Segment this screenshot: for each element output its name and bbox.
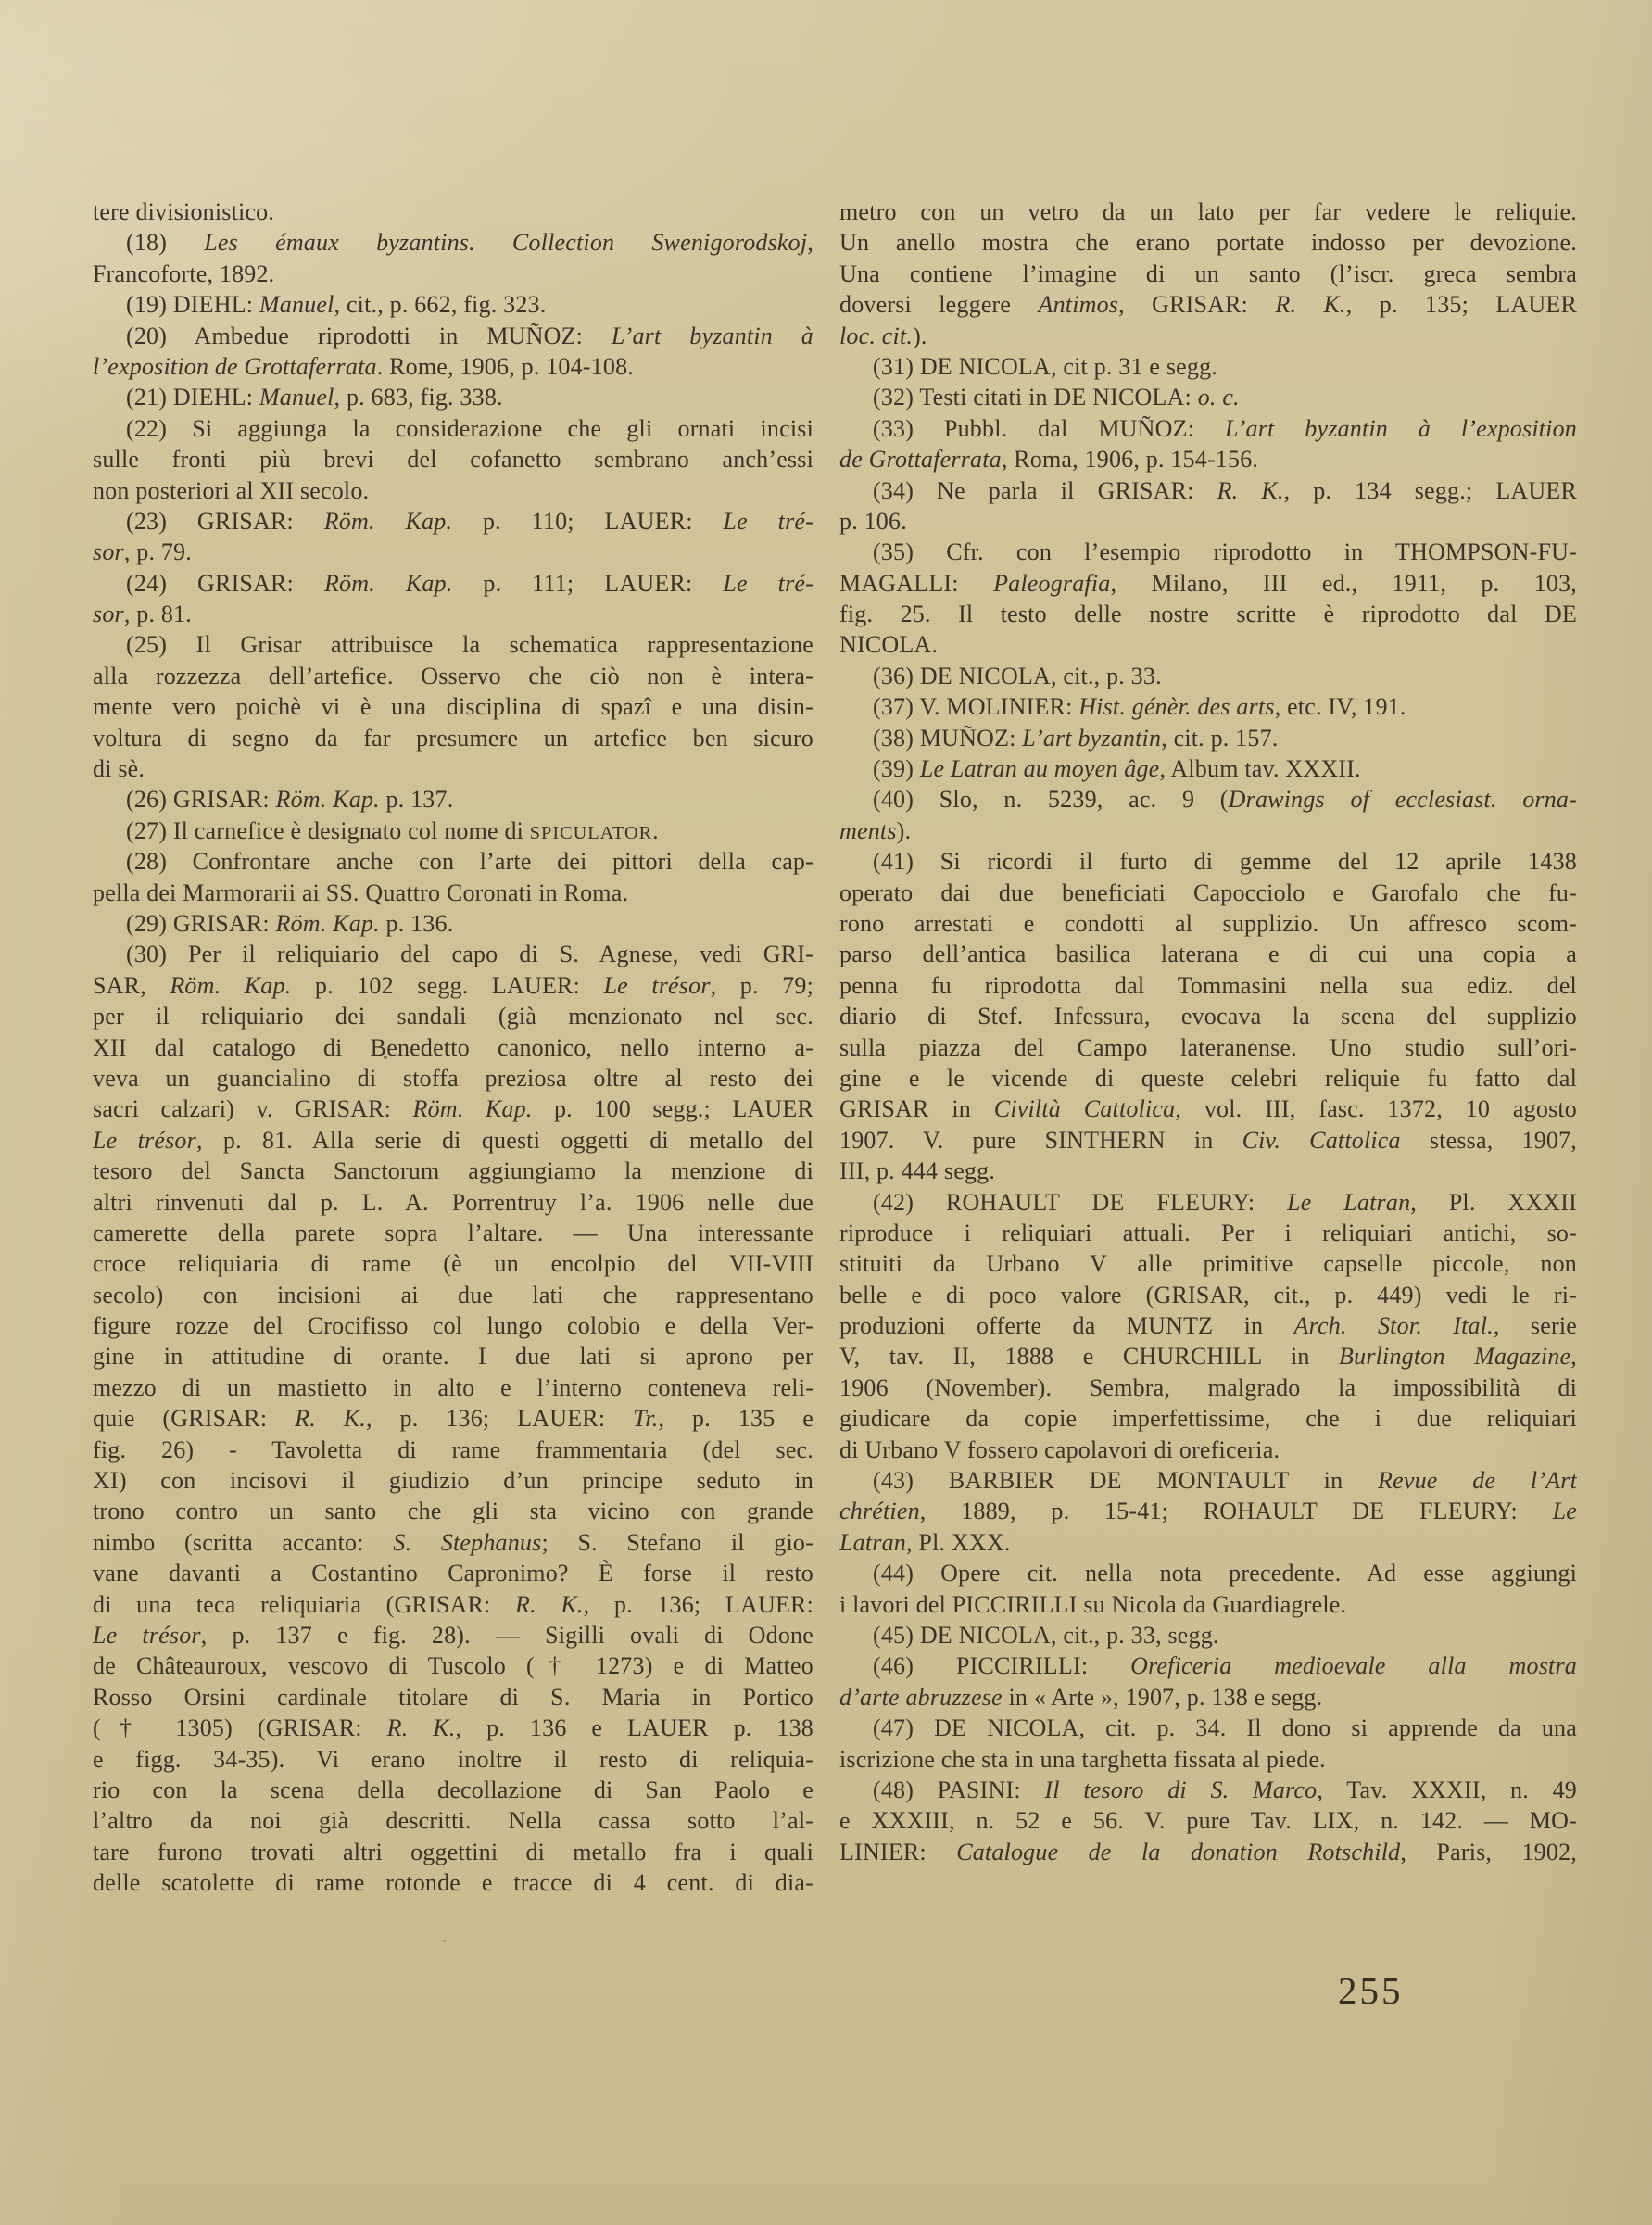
body-text: (19) DIEHL:	[126, 291, 259, 318]
body-text: p. 102 segg. LAUER:	[291, 972, 603, 999]
left-text-column: tere divisionistico.(18) Les émaux byzan…	[93, 196, 813, 1898]
italic-text: Röm. Kap.	[276, 910, 380, 937]
text-line: nimbo (scritta accanto: S. Stephanus; S.…	[93, 1527, 813, 1558]
text-line: tere divisionistico.	[93, 196, 813, 227]
italic-text: Le trésor	[93, 1622, 201, 1649]
italic-text: L’art byzantin à	[612, 322, 813, 349]
italic-text: R. K.	[515, 1591, 584, 1618]
text-line: (26) GRISAR: Röm. Kap. p. 137.	[93, 784, 813, 815]
body-text: in « Arte », 1907, p. 138 e segg.	[1003, 1684, 1323, 1711]
italic-text: Le	[1553, 1498, 1577, 1524]
body-text: veva un guancialino di stoffa preziosa o…	[93, 1065, 813, 1092]
text-line: sacri calzari) v. GRISAR: Röm. Kap. p. 1…	[93, 1094, 813, 1124]
text-line: e XXXIII, n. 52 e 56. V. pure Tav. LIX, …	[839, 1805, 1577, 1836]
body-text: (18)	[126, 229, 204, 256]
body-text: , Roma, 1906, p. 154-156.	[1002, 446, 1258, 473]
text-line: Un anello mostra che erano portate indos…	[839, 227, 1577, 258]
body-text: per il reliquiario dei sandali (già menz…	[93, 1003, 813, 1030]
body-text: p. 137.	[380, 786, 454, 813]
text-line: (32) Testi citati in DE NICOLA: o. c.	[839, 382, 1577, 412]
text-line: (48) PASINI: Il tesoro di S. Marco, Tav.…	[839, 1775, 1577, 1805]
body-text: , etc. IV, 191.	[1275, 693, 1406, 720]
body-text: stessa, 1907,	[1401, 1127, 1577, 1154]
body-text: trono contro un santo che gli sta vicino…	[93, 1498, 813, 1524]
text-line: vane davanti a Costantino Capronimo? È f…	[93, 1558, 813, 1588]
italic-text: Latran	[839, 1529, 906, 1556]
body-text: (40) Slo, n. 5239, ac. 9 (	[873, 786, 1229, 813]
text-line: altri rinvenuti dal p. L. A. Porrentruy …	[93, 1187, 813, 1218]
body-text: (41) Si ricordi il furto di gemme del 12…	[873, 848, 1577, 875]
text-line: sor, p. 81.	[93, 599, 813, 629]
body-text: di sè.	[93, 755, 145, 782]
italic-text: Röm. Kap.	[170, 972, 291, 999]
text-line: mente vero poichè vi è una disciplina di…	[93, 691, 813, 722]
body-text: (39)	[873, 755, 920, 782]
text-line: quie (GRISAR: R. K., p. 136; LAUER: Tr.,…	[93, 1403, 813, 1434]
text-line: (46) PICCIRILLI: Oreficeria medioevale a…	[839, 1650, 1577, 1681]
text-line: (24) GRISAR: Röm. Kap. p. 111; LAUER: Le…	[93, 568, 813, 599]
italic-text: Il tesoro di S. Marco	[1044, 1776, 1317, 1803]
text-line: sulla piazza del Campo lateranense. Uno …	[839, 1032, 1577, 1063]
text-line: belle e di poco valore (GRISAR, cit., p.…	[839, 1280, 1577, 1310]
text-line: NICOLA.	[839, 629, 1577, 660]
body-text: penna fu riprodotta dal Tommasini nella …	[839, 972, 1577, 999]
body-text: MAGALLI:	[839, 570, 993, 597]
body-text: iscrizione che sta in una targhetta fiss…	[839, 1746, 1326, 1773]
italic-text: Civ. Cattolica	[1242, 1127, 1401, 1154]
body-text: Rosso Orsini cardinale titolare di S. Ma…	[93, 1684, 813, 1711]
italic-text: R. K.	[295, 1405, 366, 1432]
body-text: (29) GRISAR:	[126, 910, 276, 937]
body-text: XII dal catalogo di Benedetto canonico, …	[93, 1034, 813, 1061]
body-text: 1907. V. pure SINTHERN in	[839, 1127, 1242, 1154]
body-text: (34) Ne parla il GRISAR:	[873, 477, 1217, 504]
text-line: voltura di segno da far presumere un art…	[93, 723, 813, 753]
italic-text: Manuel	[259, 291, 334, 318]
text-line: (44) Opere cit. nella nota precedente. A…	[839, 1558, 1577, 1588]
body-text: , 1889, p. 15-41; ROHAULT DE FLEURY:	[920, 1498, 1553, 1524]
text-line: giudicare da copie imperfettissime, che …	[839, 1403, 1577, 1434]
body-text: , p. 683, fig. 338.	[334, 384, 503, 411]
text-line: (22) Si aggiunga la considerazione che g…	[93, 413, 813, 444]
body-text: (32) Testi citati in DE NICOLA:	[873, 384, 1198, 411]
text-line: tare furono trovati altri oggettini di m…	[93, 1837, 813, 1867]
text-line: (27) Il carnefice è designato col nome d…	[93, 815, 813, 846]
italic-text: Civiltà Cattolica	[994, 1095, 1176, 1122]
body-text: pella dei Marmorarii ai SS. Quattro Coro…	[93, 879, 628, 906]
smallcaps-text: SPICULATOR	[530, 823, 652, 843]
body-text: (22) Si aggiunga la considerazione che g…	[126, 415, 813, 442]
book-page: tere divisionistico.(18) Les émaux byzan…	[0, 0, 1652, 2225]
italic-text: Röm. Kap.	[276, 786, 380, 813]
body-text: .	[652, 817, 659, 844]
text-line: riproduce i reliquiari attuali. Per i re…	[839, 1218, 1577, 1248]
text-line: 1907. V. pure SINTHERN in Civ. Cattolica…	[839, 1125, 1577, 1156]
body-text: , p. 79.	[124, 538, 192, 565]
body-text: III, p. 444 segg.	[839, 1157, 995, 1184]
text-line: (20) Ambedue riprodotti in MUÑOZ: L’art …	[93, 321, 813, 351]
text-line: metro con un vetro da un lato per far ve…	[839, 196, 1577, 227]
body-text: fig. 25. Il testo delle nostre scritte è…	[839, 600, 1577, 627]
text-line: delle scatolette di rame rotonde e tracc…	[93, 1867, 813, 1898]
italic-text: Paleografia	[993, 570, 1110, 597]
text-line: l’altro da noi già descritti. Nella cass…	[93, 1805, 813, 1836]
body-text: tesoro del Sancta Sanctorum aggiungiamo …	[93, 1157, 813, 1184]
italic-text: Röm. Kap.	[413, 1095, 533, 1122]
body-text: camerette della parete sopra l’altare. —…	[93, 1220, 813, 1246]
text-line: trono contro un santo che gli sta vicino…	[93, 1496, 813, 1526]
body-text: († 1305) (GRISAR:	[93, 1714, 387, 1741]
text-line: (29) GRISAR: Röm. Kap. p. 136.	[93, 908, 813, 939]
text-line: per il reliquiario dei sandali (già menz…	[93, 1001, 813, 1031]
body-text: , Album tav. XXXII.	[1159, 755, 1360, 782]
text-line: XI) con incisovi il giudizio d’un princi…	[93, 1465, 813, 1496]
body-text: (43) BARBIER DE MONTAULT in	[873, 1467, 1378, 1494]
text-line: de Grottaferrata, Roma, 1906, p. 154-156…	[839, 444, 1577, 474]
text-line: (40) Slo, n. 5239, ac. 9 (Drawings of ec…	[839, 784, 1577, 815]
body-text: (26) GRISAR:	[126, 786, 276, 813]
text-line: (38) MUÑOZ: L’art byzantin, cit. p. 157.	[839, 723, 1577, 753]
body-text: , p. 136; LAUER:	[366, 1405, 633, 1432]
body-text: (44) Opere cit. nella nota precedente. A…	[873, 1560, 1577, 1587]
body-text: p. 110; LAUER:	[452, 508, 723, 535]
body-text: , Pl. XXXII	[1410, 1189, 1577, 1216]
italic-text: Le trésor	[603, 972, 710, 999]
body-text: belle e di poco valore (GRISAR, cit., p.…	[839, 1282, 1577, 1308]
body-text: XI) con incisovi il giudizio d’un princi…	[93, 1467, 813, 1494]
text-line: rono arrestati e condotti al supplizio. …	[839, 908, 1577, 939]
body-text: sulle fronti più brevi del cofanetto sem…	[93, 446, 813, 473]
text-line: loc. cit.).	[839, 321, 1577, 351]
body-text: , vol. III, fasc. 1372, 10 agosto	[1175, 1095, 1577, 1122]
body-text: mezzo di un mastietto in alto e l’intern…	[93, 1374, 813, 1401]
italic-text: S. Stephanus	[393, 1529, 541, 1556]
body-text: SAR,	[93, 972, 170, 999]
italic-text: Le Latran au moyen âge	[920, 755, 1160, 782]
text-line: (19) DIEHL: Manuel, cit., p. 662, fig. 3…	[93, 289, 813, 320]
body-text: (48) PASINI:	[873, 1776, 1044, 1803]
italic-text: l’exposition de Grottaferrata	[93, 353, 377, 380]
body-text: , Pl. XXX.	[906, 1529, 1011, 1556]
text-line: (21) DIEHL: Manuel, p. 683, fig. 338.	[93, 382, 813, 412]
italic-text: Revue de l’Art	[1378, 1467, 1577, 1494]
body-text: , p. 135; LAUER	[1346, 291, 1577, 318]
body-text: rono arrestati e condotti al supplizio. …	[839, 910, 1577, 937]
body-text: delle scatolette di rame rotonde e tracc…	[93, 1869, 813, 1896]
body-text: alla rozzezza dell’artefice. Osservo che…	[93, 663, 813, 689]
text-line: doversi leggere Antimos, GRISAR: R. K., …	[839, 289, 1577, 320]
body-text: diario di Stef. Infessura, evocava la sc…	[839, 1003, 1577, 1030]
text-line: Le trésor, p. 81. Alla serie di questi o…	[93, 1125, 813, 1156]
text-line: non posteriori al XII secolo.	[93, 475, 813, 506]
body-text: i lavori del PICCIRILLI su Nicola da Gua…	[839, 1591, 1346, 1618]
body-text: croce reliquiaria di rame (è un encolpio…	[93, 1250, 813, 1277]
body-text: parso dell’antica basilica laterana e di…	[839, 941, 1577, 967]
body-text: , Tav. XXXII, n. 49	[1317, 1776, 1577, 1803]
body-text: produzioni offerte da MUNTZ in	[839, 1312, 1294, 1339]
text-line: (25) Il Grisar attribuisce la schematica…	[93, 629, 813, 660]
body-text: Una contiene l’imagine di un santo (l’is…	[839, 260, 1577, 287]
body-text: NICOLA.	[839, 631, 938, 658]
body-text: (27) Il carnefice è designato col nome d…	[126, 817, 530, 844]
body-text: , p. 134 segg.; LAUER	[1284, 477, 1577, 504]
body-text: , GRISAR:	[1118, 291, 1275, 318]
body-text: vane davanti a Costantino Capronimo? È f…	[93, 1560, 813, 1587]
page-number: 255	[1338, 1968, 1404, 2013]
text-line: figure rozze del Crocifisso col lungo co…	[93, 1310, 813, 1341]
body-text: , p. 135 e	[659, 1405, 814, 1432]
text-line: (30) Per il reliquiario del capo di S. A…	[93, 939, 813, 969]
body-text: giudicare da copie imperfettissime, che …	[839, 1405, 1577, 1432]
body-text: (36) DE NICOLA, cit., p. 33.	[873, 663, 1162, 689]
italic-text: sor	[93, 600, 124, 627]
right-text-column: metro con un vetro da un lato per far ve…	[839, 196, 1577, 1867]
text-line: 1906 (November). Sembra, malgrado la imp…	[839, 1372, 1577, 1403]
italic-text: R. K.	[387, 1714, 456, 1741]
body-text: l’altro da noi già descritti. Nella cass…	[93, 1807, 813, 1834]
body-text: GRISAR in	[839, 1095, 994, 1122]
body-text: e XXXIII, n. 52 e 56. V. pure Tav. LIX, …	[839, 1807, 1577, 1834]
italic-text: Manuel	[259, 384, 334, 411]
italic-text: sor	[93, 538, 124, 565]
body-text: voltura di segno da far presumere un art…	[93, 725, 813, 752]
text-line: de Châteauroux, vescovo di Tuscolo († 12…	[93, 1650, 813, 1681]
text-line: (28) Confrontare anche con l’arte dei pi…	[93, 846, 813, 877]
body-text: , Milano, III ed., 1911, p. 103,	[1110, 570, 1577, 597]
body-text: (28) Confrontare anche con l’arte dei pi…	[126, 848, 813, 875]
body-text: LINIER:	[839, 1839, 956, 1865]
body-text: (33) Pubbl. dal MUÑOZ:	[873, 415, 1225, 442]
text-line: III, p. 444 segg.	[839, 1156, 1577, 1186]
body-text: . Rome, 1906, p. 104-108.	[377, 353, 634, 380]
text-line: fig. 25. Il testo delle nostre scritte è…	[839, 599, 1577, 629]
italic-text: d’arte abruzzese	[839, 1684, 1003, 1711]
body-text: (31) DE NICOLA, cit p. 31 e segg.	[873, 353, 1217, 380]
body-text: e figg. 34-35). Vi erano inoltre il rest…	[93, 1746, 813, 1773]
body-text: , p. 79;	[711, 972, 813, 999]
body-text: non posteriori al XII secolo.	[93, 477, 369, 504]
body-text: (23) GRISAR:	[126, 508, 324, 535]
text-line: produzioni offerte da MUNTZ in Arch. Sto…	[839, 1310, 1577, 1341]
text-line: secolo) con incisioni ai due lati che ra…	[93, 1280, 813, 1310]
body-text: Francoforte, 1892.	[93, 260, 274, 287]
body-text: (20) Ambedue riprodotti in MUÑOZ:	[126, 322, 612, 349]
body-text: (45) DE NICOLA, cit., p. 33, segg.	[873, 1622, 1219, 1649]
body-text: riproduce i reliquiari attuali. Per i re…	[839, 1220, 1577, 1246]
text-line: e figg. 34-35). Vi erano inoltre il rest…	[93, 1744, 813, 1775]
body-text: p. 100 segg.; LAUER	[533, 1095, 813, 1122]
text-line: ments).	[839, 815, 1577, 846]
text-line: (35) Cfr. con l’esempio riprodotto in TH…	[839, 537, 1577, 567]
ink-speck	[384, 1056, 387, 1059]
body-text: , cit. p. 157.	[1161, 725, 1278, 752]
body-text: figure rozze del Crocifisso col lungo co…	[93, 1312, 813, 1339]
body-text: di una teca reliquiaria (GRISAR:	[93, 1591, 515, 1618]
italic-text: Hist. génèr. des arts	[1078, 693, 1274, 720]
body-text: (24) GRISAR:	[126, 570, 324, 597]
body-text: Un anello mostra che erano portate indos…	[839, 229, 1577, 256]
body-text: stituiti da Urbano V alle primitive caps…	[839, 1250, 1577, 1277]
body-text: p. 106.	[839, 508, 907, 535]
body-text: nimbo (scritta accanto:	[93, 1529, 393, 1556]
body-text: , serie	[1494, 1312, 1577, 1339]
text-line: (23) GRISAR: Röm. Kap. p. 110; LAUER: Le…	[93, 506, 813, 537]
body-text: gine e le vicende di queste celebri reli…	[839, 1065, 1577, 1092]
body-text: , p. 81.	[124, 600, 192, 627]
text-line: camerette della parete sopra l’altare. —…	[93, 1218, 813, 1248]
body-text: ,	[1570, 1343, 1577, 1370]
body-text: (21) DIEHL:	[126, 384, 259, 411]
text-line: Rosso Orsini cardinale titolare di S. Ma…	[93, 1682, 813, 1713]
text-line: sulle fronti più brevi del cofanetto sem…	[93, 444, 813, 474]
body-text: doversi leggere	[839, 291, 1038, 318]
body-text: metro con un vetro da un lato per far ve…	[839, 198, 1577, 225]
body-text: , cit., p. 662, fig. 323.	[334, 291, 547, 318]
body-text: , p. 137 e fig. 28). — Sigilli ovali di …	[201, 1622, 813, 1649]
text-line: (34) Ne parla il GRISAR: R. K., p. 134 s…	[839, 475, 1577, 506]
italic-text: Arch. Stor. Ital.	[1294, 1312, 1494, 1339]
text-line: SAR, Röm. Kap. p. 102 segg. LAUER: Le tr…	[93, 970, 813, 1001]
italic-text: Catalogue de la donation Rotschild	[956, 1839, 1400, 1865]
body-text: mente vero poichè vi è una disciplina di…	[93, 693, 813, 720]
body-text: fig. 26) - Tavoletta di rame frammentari…	[93, 1436, 813, 1463]
text-line: (18) Les émaux byzantins. Collection Swe…	[93, 227, 813, 258]
text-line: penna fu riprodotta dal Tommasini nella …	[839, 970, 1577, 1001]
italic-text: chrétien	[839, 1498, 920, 1524]
italic-text: Röm. Kap.	[324, 508, 452, 535]
text-line: chrétien, 1889, p. 15-41; ROHAULT DE FLE…	[839, 1496, 1577, 1526]
body-text: altri rinvenuti dal p. L. A. Porrentruy …	[93, 1189, 813, 1216]
text-line: pella dei Marmorarii ai SS. Quattro Coro…	[93, 878, 813, 908]
text-line: p. 106.	[839, 506, 1577, 537]
text-line: († 1305) (GRISAR: R. K., p. 136 e LAUER …	[93, 1713, 813, 1743]
italic-text: R. K.	[1275, 291, 1345, 318]
text-line: (37) V. MOLINIER: Hist. génèr. des arts,…	[839, 691, 1577, 722]
text-line: fig. 26) - Tavoletta di rame frammentari…	[93, 1435, 813, 1465]
text-line: stituiti da Urbano V alle primitive caps…	[839, 1248, 1577, 1279]
text-line: (39) Le Latran au moyen âge, Album tav. …	[839, 753, 1577, 784]
text-line: (36) DE NICOLA, cit., p. 33.	[839, 661, 1577, 691]
body-text: (38) MUÑOZ:	[873, 725, 1022, 752]
text-line: Latran, Pl. XXX.	[839, 1527, 1577, 1558]
italic-text: de Grottaferrata	[839, 446, 1002, 473]
body-text: (37) V. MOLINIER:	[873, 693, 1078, 720]
italic-text: Le tré-	[723, 508, 813, 535]
text-line: (41) Si ricordi il furto di gemme del 12…	[839, 846, 1577, 877]
body-text: di Urbano V fossero capolavori di orefic…	[839, 1436, 1280, 1463]
italic-text: Tr.	[633, 1405, 658, 1432]
body-text: operato dai due beneficiati Capocciolo e…	[839, 879, 1577, 906]
body-text: ; S. Stefano il gio-	[541, 1529, 813, 1556]
text-line: (43) BARBIER DE MONTAULT in Revue de l’A…	[839, 1465, 1577, 1496]
body-text: sacri calzari) v. GRISAR:	[93, 1095, 413, 1122]
italic-text: ments	[839, 817, 897, 844]
text-line: alla rozzezza dell’artefice. Osservo che…	[93, 661, 813, 691]
text-line: (45) DE NICOLA, cit., p. 33, segg.	[839, 1620, 1577, 1650]
italic-text: L’art byzantin	[1022, 725, 1161, 752]
body-text: rio con la scena della decollazione di S…	[93, 1776, 813, 1803]
text-line: diario di Stef. Infessura, evocava la sc…	[839, 1001, 1577, 1031]
text-line: Una contiene l’imagine di un santo (l’is…	[839, 259, 1577, 289]
text-line: di sè.	[93, 753, 813, 784]
italic-text: Burlington Magazine	[1339, 1343, 1570, 1370]
body-text: ).	[897, 817, 912, 844]
text-line: V, tav. II, 1888 e CHURCHILL in Burlingt…	[839, 1341, 1577, 1372]
body-text: (47) DE NICOLA, cit. p. 34. Il dono si a…	[873, 1714, 1577, 1741]
body-text: p. 111; LAUER:	[453, 570, 724, 597]
body-text: tare furono trovati altri oggettini di m…	[93, 1839, 813, 1865]
text-line: LINIER: Catalogue de la donation Rotschi…	[839, 1837, 1577, 1867]
body-text: tere divisionistico.	[93, 198, 274, 225]
text-line: MAGALLI: Paleografia, Milano, III ed., 1…	[839, 568, 1577, 599]
text-line: operato dai due beneficiati Capocciolo e…	[839, 878, 1577, 908]
body-text: (46) PICCIRILLI:	[873, 1652, 1130, 1679]
body-text: V, tav. II, 1888 e CHURCHILL in	[839, 1343, 1339, 1370]
text-line: rio con la scena della decollazione di S…	[93, 1775, 813, 1805]
text-line: di Urbano V fossero capolavori di orefic…	[839, 1435, 1577, 1465]
text-line: (47) DE NICOLA, cit. p. 34. Il dono si a…	[839, 1713, 1577, 1743]
text-line: (31) DE NICOLA, cit p. 31 e segg.	[839, 351, 1577, 382]
body-text: (30) Per il reliquiario del capo di S. A…	[126, 941, 813, 967]
body-text: secolo) con incisioni ai due lati che ra…	[93, 1282, 813, 1308]
text-line: i lavori del PICCIRILLI su Nicola da Gua…	[839, 1589, 1577, 1620]
body-text: (35) Cfr. con l’esempio riprodotto in TH…	[873, 538, 1577, 565]
text-line: tesoro del Sancta Sanctorum aggiungiamo …	[93, 1156, 813, 1186]
italic-text: Le tré-	[723, 570, 813, 597]
body-text: , p. 81. Alla serie di questi oggetti di…	[196, 1127, 813, 1154]
ink-speck	[443, 1940, 446, 1942]
body-text: , p. 136 e LAUER p. 138	[456, 1714, 813, 1741]
italic-text: Les émaux byzantins. Collection Swenigor…	[204, 229, 813, 256]
body-text: gine in attitudine di orante. I due lati…	[93, 1343, 813, 1370]
italic-text: o. c.	[1198, 384, 1240, 411]
italic-text: L’art byzantin à l’exposition	[1225, 415, 1577, 442]
italic-text: Drawings of ecclesiast. orna-	[1229, 786, 1577, 813]
text-line: (42) ROHAULT DE FLEURY: Le Latran, Pl. X…	[839, 1187, 1577, 1218]
text-line: veva un guancialino di stoffa preziosa o…	[93, 1063, 813, 1094]
text-line: l’exposition de Grottaferrata. Rome, 190…	[93, 351, 813, 382]
text-line: GRISAR in Civiltà Cattolica, vol. III, f…	[839, 1094, 1577, 1124]
text-line: gine e le vicende di queste celebri reli…	[839, 1063, 1577, 1094]
text-line: parso dell’antica basilica laterana e di…	[839, 939, 1577, 969]
text-line: Le trésor, p. 137 e fig. 28). — Sigilli …	[93, 1620, 813, 1650]
text-line: croce reliquiaria di rame (è un encolpio…	[93, 1248, 813, 1279]
text-line: Francoforte, 1892.	[93, 259, 813, 289]
body-text: , p. 136; LAUER:	[584, 1591, 813, 1618]
italic-text: R. K.	[1217, 477, 1284, 504]
text-line: di una teca reliquiaria (GRISAR: R. K., …	[93, 1589, 813, 1620]
italic-text: Antimos	[1038, 291, 1118, 318]
italic-text: Oreficeria medioevale alla mostra	[1130, 1652, 1577, 1679]
italic-text: Le Latran	[1287, 1189, 1410, 1216]
body-text: quie (GRISAR:	[93, 1405, 295, 1432]
body-text: ).	[913, 322, 927, 349]
text-line: XII dal catalogo di Benedetto canonico, …	[93, 1032, 813, 1063]
text-line: (33) Pubbl. dal MUÑOZ: L’art byzantin à …	[839, 413, 1577, 444]
body-text: 1906 (November). Sembra, malgrado la imp…	[839, 1374, 1577, 1401]
italic-text: Röm. Kap.	[324, 570, 453, 597]
italic-text: Le trésor	[93, 1127, 196, 1154]
text-line: sor, p. 79.	[93, 537, 813, 567]
body-text: (25) Il Grisar attribuisce la schematica…	[126, 631, 813, 658]
text-line: mezzo di un mastietto in alto e l’intern…	[93, 1372, 813, 1403]
body-text: (42) ROHAULT DE FLEURY:	[873, 1189, 1287, 1216]
text-line: d’arte abruzzese in « Arte », 1907, p. 1…	[839, 1682, 1577, 1713]
body-text: p. 136.	[380, 910, 454, 937]
body-text: de Châteauroux, vescovo di Tuscolo († 12…	[93, 1652, 813, 1679]
body-text: sulla piazza del Campo lateranense. Uno …	[839, 1034, 1577, 1061]
text-line: iscrizione che sta in una targhetta fiss…	[839, 1744, 1577, 1775]
